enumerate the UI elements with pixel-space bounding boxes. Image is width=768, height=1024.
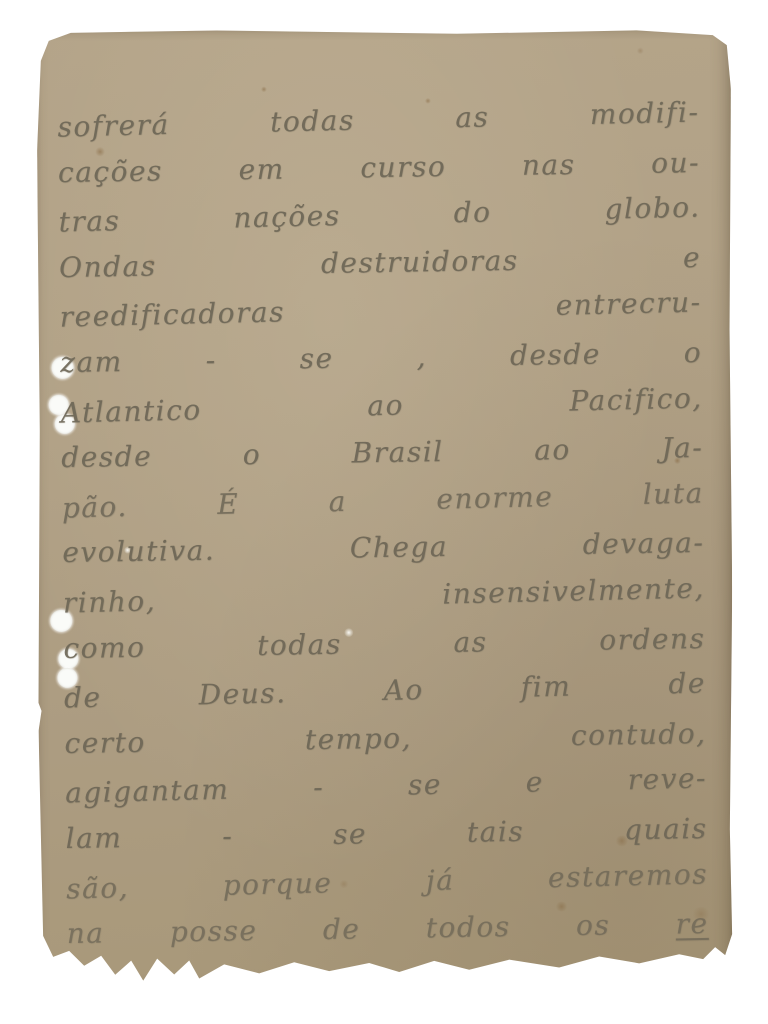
photo-background: sofrerá todas as modifi-cações em curso … <box>0 0 768 1024</box>
handwritten-line: na posse de todos os re <box>66 900 709 958</box>
underlined-text: re <box>675 907 708 941</box>
foxing-spot <box>261 86 267 92</box>
handwritten-text: sofrerá todas as modifi-cações em curso … <box>57 92 709 956</box>
foxing-spot <box>637 47 644 54</box>
manuscript-page: sofrerá todas as modifi-cações em curso … <box>37 29 734 988</box>
